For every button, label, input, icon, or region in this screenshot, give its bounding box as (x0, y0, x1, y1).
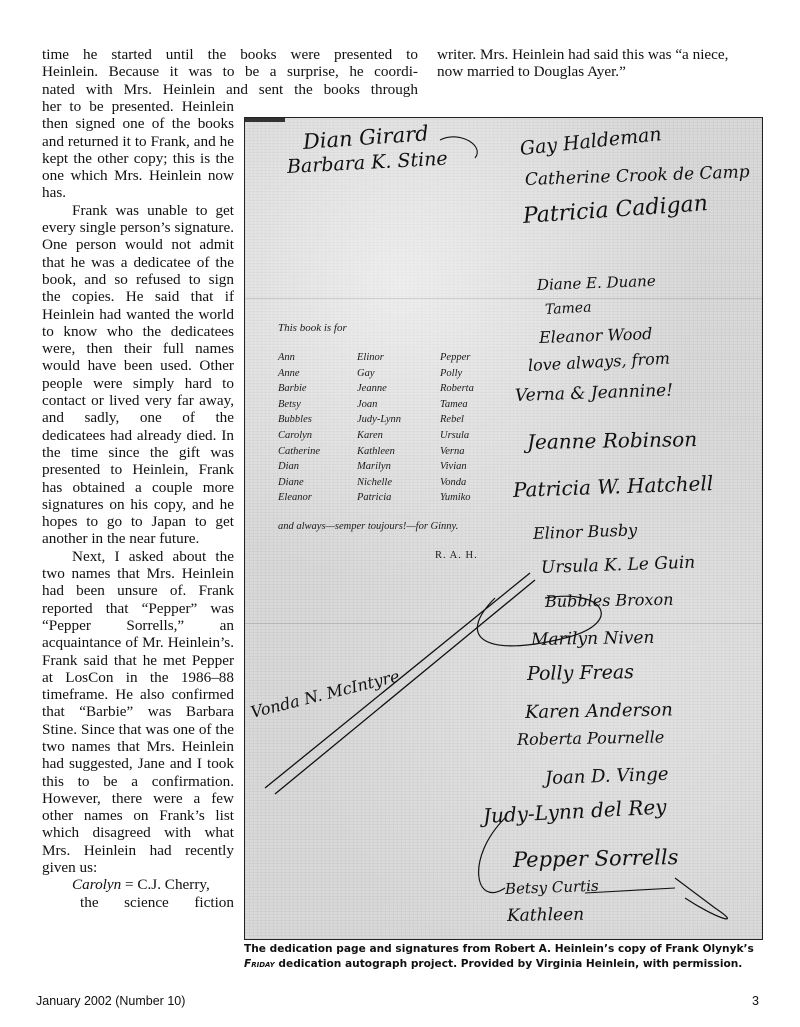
caption-line-2: Friday dedication autograph project. Pro… (244, 957, 774, 972)
signature: Karen Anderson (525, 699, 673, 723)
article-top-left-text: time he started until the books were pre… (42, 46, 418, 98)
caption-line-2-text: dedication autograph project. Provided b… (275, 958, 743, 970)
dedication-page-photo: This book is for Ann Anne Barbie Betsy B… (244, 117, 763, 940)
definition-continuation: the science fiction (42, 894, 234, 911)
text-line: time he started until the books were pre… (42, 46, 418, 63)
definition-value: = C.J. Cherry, (121, 876, 210, 893)
signature: Roberta Pournelle (517, 727, 665, 749)
signature: Tamea (545, 300, 592, 318)
caption-line-1: The dedication page and signatures from … (244, 942, 774, 957)
definition-line: Carolyn = C.J. Cherry, (42, 876, 234, 893)
signature: Betsy Curtis (505, 877, 599, 898)
text-line: Heinlein. Because it was to be a surpris… (42, 63, 418, 80)
book-title: Friday (244, 958, 275, 970)
signature: Marilyn Niven (531, 628, 655, 650)
page-number: 3 (752, 994, 759, 1008)
article-narrow-column: her to be presented. Heinlein then signe… (42, 98, 234, 911)
signature: Jeanne Robinson (527, 427, 698, 454)
signature: Bubbles Broxon (545, 590, 674, 611)
signature: Elinor Busby (533, 520, 638, 543)
footer-issue: January 2002 (Number 10) (36, 994, 185, 1008)
paragraph: Next, I asked about the two names that M… (42, 548, 234, 877)
signature: Polly Freas (527, 661, 634, 685)
article-top-right-text: writer. Mrs. Heinlein had said this was … (437, 46, 777, 81)
figure-caption: The dedication page and signatures from … (244, 942, 774, 972)
definition-term: Carolyn (72, 876, 121, 893)
signature: Pepper Sorrells (513, 845, 679, 872)
signature: Eleanor Wood (539, 324, 653, 347)
text-line: writer. Mrs. Heinlein had said this was … (437, 46, 777, 63)
text-line: nated with Mrs. Heinlein and sent the bo… (42, 81, 418, 98)
signature: Joan D. Vinge (545, 764, 669, 789)
paragraph: her to be presented. Heinlein then signe… (42, 98, 234, 202)
text-line: now married to Douglas Ayer.” (437, 63, 777, 80)
signature: Kathleen (507, 905, 584, 926)
paragraph: Frank was unable to get every single per… (42, 202, 234, 548)
